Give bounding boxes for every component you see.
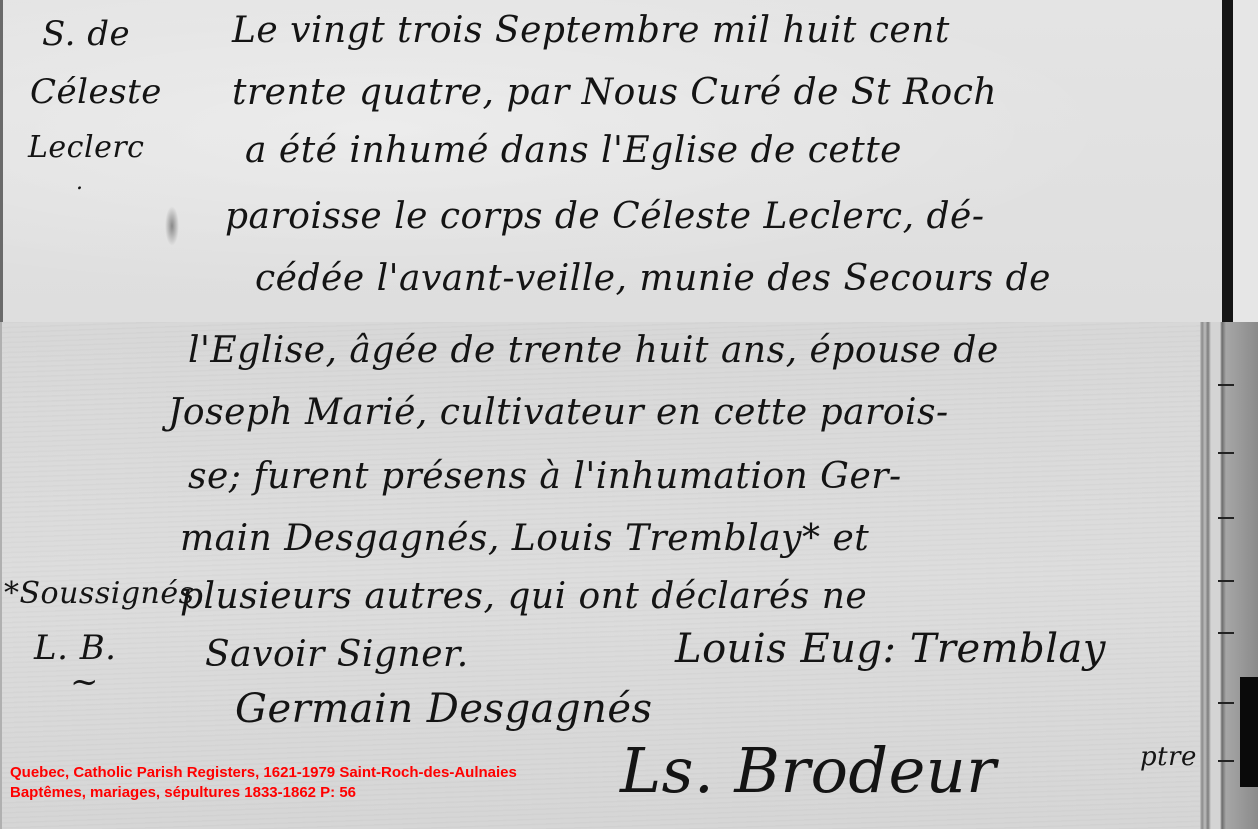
margin-rule bbox=[1222, 0, 1233, 322]
entry-line-7: Joseph Marié, cultivateur en cette paroi… bbox=[168, 392, 949, 433]
entry-line-10: plusieurs autres, qui ont déclarés ne bbox=[180, 576, 867, 617]
source-caption-line-2: Baptêmes, mariages, sépultures 1833-1862… bbox=[10, 784, 356, 801]
ink-smudge bbox=[165, 206, 179, 246]
binding-tick bbox=[1218, 632, 1234, 634]
signature-desgagnes: Germain Desgagnés bbox=[235, 686, 653, 732]
margin-note-leclerc: Leclerc bbox=[28, 130, 144, 165]
page-edge bbox=[0, 322, 2, 829]
entry-line-6: l'Eglise, âgée de trente huit ans, épous… bbox=[188, 330, 999, 371]
entry-line-1: Le vingt trois Septembre mil huit cent bbox=[232, 10, 950, 51]
margin-note-flourish: ~ bbox=[70, 662, 99, 702]
margin-note-s-de: S. de bbox=[42, 14, 130, 54]
binding-tick bbox=[1218, 760, 1234, 762]
page-margin bbox=[1233, 0, 1258, 322]
binding-tick bbox=[1218, 702, 1234, 704]
binding-tick bbox=[1218, 517, 1234, 519]
register-strip-bottom: l'Eglise, âgée de trente huit ans, épous… bbox=[0, 322, 1258, 829]
page-edge bbox=[0, 0, 3, 322]
entry-line-3: a été inhumé dans l'Eglise de cette bbox=[245, 130, 902, 171]
binding-tick bbox=[1218, 580, 1234, 582]
register-strip-top: S. de Céleste Leclerc . Le vingt trois S… bbox=[0, 0, 1258, 322]
margin-note-soussignes: *Soussignés, bbox=[4, 576, 205, 611]
binding-tick bbox=[1218, 452, 1234, 454]
signature-priest: Ls. Brodeur bbox=[620, 734, 996, 807]
binding-shadow bbox=[1240, 677, 1258, 787]
entry-line-2: trente quatre, par Nous Curé de St Roch bbox=[232, 72, 997, 113]
entry-line-4: paroisse le corps de Céleste Leclerc, dé… bbox=[225, 196, 984, 237]
entry-line-5: cédée l'avant-veille, munie des Secours … bbox=[255, 258, 1051, 299]
entry-line-9: main Desgagnés, Louis Tremblay* et bbox=[180, 518, 869, 559]
signature-priest-title: ptre bbox=[1140, 742, 1197, 772]
source-caption-line-1: Quebec, Catholic Parish Registers, 1621-… bbox=[10, 764, 517, 781]
signature-tremblay: Louis Eug: Tremblay bbox=[675, 626, 1106, 672]
entry-line-11: Savoir Signer. bbox=[205, 634, 469, 675]
binding-tick bbox=[1218, 384, 1234, 386]
margin-note-celeste: Céleste bbox=[30, 72, 162, 112]
entry-line-8: se; furent présens à l'inhumation Ger- bbox=[188, 456, 902, 497]
margin-note-mark: . bbox=[76, 170, 84, 195]
